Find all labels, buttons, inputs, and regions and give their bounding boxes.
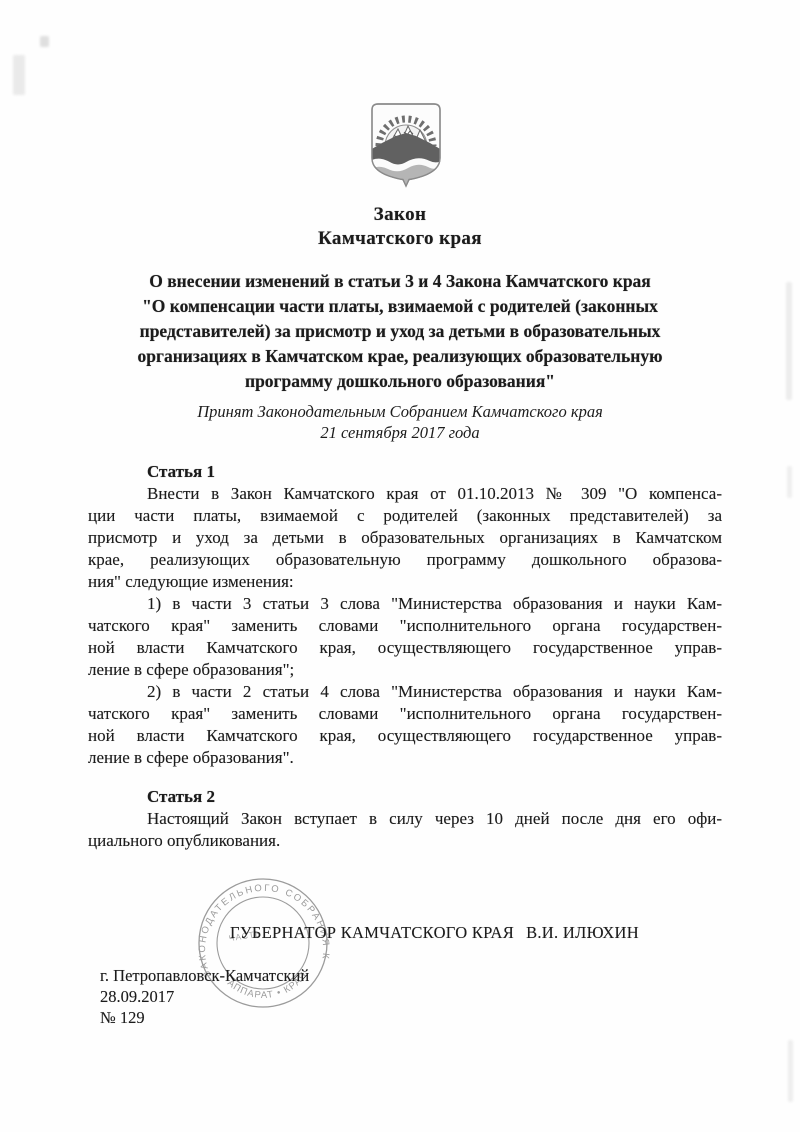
text-line: организациях в Камчатском крае, реализую… <box>70 344 730 369</box>
text-line: чатского края" заменить словами "исполни… <box>88 615 722 637</box>
scan-artifact <box>40 36 49 47</box>
article-1-item-2: 2) в части 2 статьи 4 слова "Министерств… <box>88 681 722 769</box>
issue-place: г. Петропавловск-Камчатский <box>100 965 309 986</box>
adoption-note: Принят Законодательным Собранием Камчатс… <box>70 401 730 443</box>
text-line: 2) в части 2 статьи 4 слова "Министерств… <box>88 681 722 703</box>
text-line: программу дошкольного образования" <box>70 369 730 394</box>
issue-block: г. Петропавловск-Камчатский 28.09.2017 №… <box>100 965 309 1028</box>
text-line: ной власти Камчатского края, осуществляю… <box>88 725 722 747</box>
signature-line: ГУБЕРНАТОР КАМЧАТСКОГО КРАЯВ.И. ИЛЮХИН <box>230 923 639 943</box>
text-line: 1) в части 3 статьи 3 слова "Министерств… <box>88 593 722 615</box>
scanned-law-page: Закон Камчатского края О внесении измене… <box>0 0 800 1132</box>
article-2-heading: Статья 2 <box>88 786 722 808</box>
scan-artifact <box>13 55 25 95</box>
text-line: Внести в Закон Камчатского края от 01.10… <box>88 483 722 505</box>
text-line: 21 сентября 2017 года <box>70 422 730 443</box>
article-2-body: Настоящий Закон вступает в силу через 10… <box>88 808 722 852</box>
text-line: Принят Законодательным Собранием Камчатс… <box>70 401 730 422</box>
issue-date: 28.09.2017 <box>100 986 309 1007</box>
signature-name: В.И. ИЛЮХИН <box>526 923 639 942</box>
scan-artifact <box>786 282 792 400</box>
text-line: циального опубликования. <box>88 830 722 852</box>
doc-type-heading: Закон Камчатского края <box>70 203 730 251</box>
issue-number: № 129 <box>100 1007 309 1028</box>
article-1-item-1: 1) в части 3 статьи 3 слова "Министерств… <box>88 593 722 681</box>
signature-post: ГУБЕРНАТОР КАМЧАТСКОГО КРАЯ <box>230 923 514 942</box>
text-line: чатского края" заменить словами "исполни… <box>88 703 722 725</box>
law-body: Статья 1 Внести в Закон Камчатского края… <box>88 461 722 852</box>
doc-type-line2: Камчатского края <box>70 227 730 251</box>
text-line: "О компенсации части платы, взимаемой с … <box>70 294 730 319</box>
text-line: О внесении изменений в статьи 3 и 4 Зако… <box>70 269 730 294</box>
text-line: представителей) за присмотр и уход за де… <box>70 319 730 344</box>
article-1-intro: Внести в Закон Камчатского края от 01.10… <box>88 483 722 593</box>
text-line: ции части платы, взимаемой с родителей (… <box>88 505 722 527</box>
text-line: ление в сфере образования"; <box>88 659 722 681</box>
text-line: крае, реализующих образовательную програ… <box>88 549 722 571</box>
doc-type-line1: Закон <box>70 203 730 227</box>
scan-artifact <box>788 1040 793 1102</box>
text-line: присмотр и уход за детьми в образователь… <box>88 527 722 549</box>
text-line: ния" следующие изменения: <box>88 571 722 593</box>
law-title: О внесении изменений в статьи 3 и 4 Зако… <box>70 269 730 394</box>
text-line: ление в сфере образования". <box>88 747 722 769</box>
text-line: Настоящий Закон вступает в силу через 10… <box>88 808 722 830</box>
scan-artifact <box>787 466 792 498</box>
kamchatka-coat-of-arms-icon <box>366 102 446 194</box>
text-line: ной власти Камчатского края, осуществляю… <box>88 637 722 659</box>
article-1-heading: Статья 1 <box>88 461 722 483</box>
